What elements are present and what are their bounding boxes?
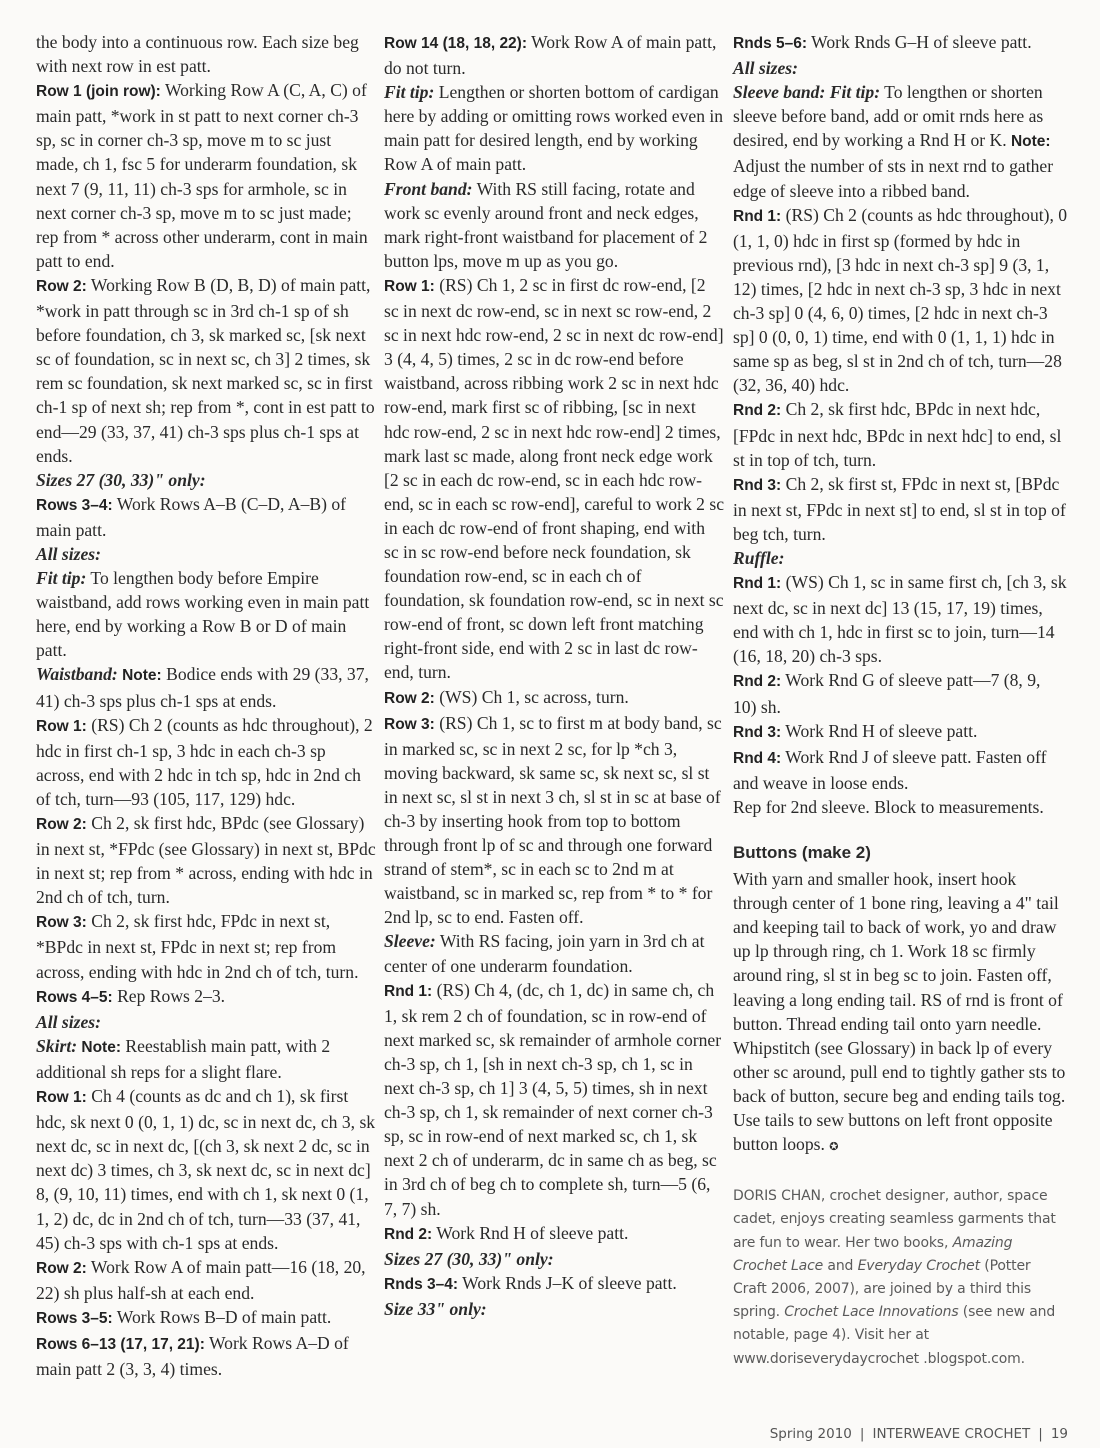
heading-text: All sizes: [36,544,101,564]
section-label: Front band: [384,179,472,199]
author-bio: DORIS CHAN, crochet designer, author, sp… [733,1185,1068,1371]
row-text: Working Row A (C, A, C) of main patt, *w… [36,80,368,271]
page-footer: Spring 2010|INTERWEAVE CROCHET|19 [770,1426,1068,1442]
row-text: (RS) Ch 2 (counts as hdc throughout), 0 … [733,205,1067,396]
row-text: Work Rnd H of sleeve patt. [781,721,977,741]
instruction-paragraph: Row 2: Ch 2, sk first hdc, BPdc (see Glo… [36,811,376,909]
instruction-paragraph: Row 2: (WS) Ch 1, sc across, turn. [384,685,724,711]
row-text: (WS) Ch 1, sc across, turn. [435,687,629,707]
instruction-paragraph: Rnd 1: (RS) Ch 2 (counts as hdc througho… [733,203,1068,398]
instruction-paragraph: Row 2: Work Row A of main patt—16 (18, 2… [36,1255,376,1305]
instruction-paragraph: Rnds 5–6: Work Rnds G–H of sleeve patt. [733,30,1068,56]
section-heading: Sizes 27 (30, 33)" only: [384,1247,724,1271]
row-text: (RS) Ch 2 (counts as hdc throughout), 2 … [36,715,373,809]
row-text: (RS) Ch 4, (dc, ch 1, dc) in same ch, ch… [384,980,721,1219]
magazine-name: INTERWEAVE CROCHET [872,1426,1030,1442]
row-label: Rnd 2: [733,673,781,690]
instruction-paragraph: Row 1 (join row): Working Row A (C, A, C… [36,78,376,273]
section-label: Sleeve: [384,931,436,951]
heading-text: Ruffle: [733,548,784,568]
row-text: To lengthen body before Empire waistband… [36,568,369,660]
row-label: Row 1: [36,1089,87,1106]
instruction-paragraph: Rnd 3: Work Rnd H of sleeve patt. [733,719,1068,745]
instruction-paragraph: Row 3: Ch 2, sk first hdc, FPdc in next … [36,909,376,983]
instruction-paragraph: Rnd 2: Work Rnd H of sleeve patt. [384,1221,724,1247]
row-label: Rnd 3: [733,724,781,741]
sleeve-instructions: Rnds 5–6: Work Rnds G–H of sleeve patt.A… [733,30,1068,819]
section-heading: All sizes: [36,542,376,566]
instruction-paragraph: Waistband: Note: Bodice ends with 29 (33… [36,662,376,712]
row-text: Ch 2, sk first hdc, BPdc in next hdc, [F… [733,399,1061,469]
buttons-instructions: With yarn and smaller hook, insert hook … [733,867,1068,1159]
row-text: Ch 2, sk first hdc, BPdc (see Glossary) … [36,813,376,907]
row-label: Row 2: [384,690,435,707]
book-title: Crochet Lace Innovations [784,1304,958,1320]
row-text: Work Rows B–D of main patt. [113,1307,332,1327]
section-heading: All sizes: [733,56,1068,80]
instruction-paragraph: the body into a continuous row. Each siz… [36,30,376,78]
end-mark-icon: ✪ [829,1141,838,1153]
instruction-paragraph: Rep for 2nd sleeve. Block to measurement… [733,795,1068,819]
instruction-paragraph: Row 2: Working Row B (D, B, D) of main p… [36,273,376,468]
note-label: Note: [1007,133,1051,150]
row-label: Row 1 (join row): [36,83,161,100]
heading-text: All sizes: [733,58,798,78]
instruction-paragraph: Row 1: Ch 4 (counts as dc and ch 1), sk … [36,1084,376,1255]
instruction-paragraph: Rows 6–13 (17, 17, 21): Work Rows A–D of… [36,1331,376,1381]
row-label: Note: [118,667,162,684]
issue-date: Spring 2010 [770,1426,852,1442]
row-text: Rep Rows 2–3. [113,986,225,1006]
section-heading: Size 33" only: [384,1297,724,1321]
instruction-paragraph: Row 1: (RS) Ch 1, 2 sc in first dc row-e… [384,273,724,685]
row-label: Row 14 (18, 18, 22): [384,35,527,52]
instruction-paragraph: Rows 3–4: Work Rows A–B (C–D, A–B) of ma… [36,492,376,542]
row-label: Rows 3–5: [36,1310,113,1327]
row-label: Rnd 1: [384,983,432,1000]
instruction-paragraph: Row 3: (RS) Ch 1, sc to first m at body … [384,711,724,930]
section-heading: Sizes 27 (30, 33)" only: [36,468,376,492]
row-text: Work Rnd H of sleeve patt. [432,1223,628,1243]
instruction-paragraph: Rnd 4: Work Rnd J of sleeve patt. Fasten… [733,745,1068,795]
column-2: Row 14 (18, 18, 22): Work Row A of main … [384,30,724,1321]
instruction-paragraph: Rnd 1: (WS) Ch 1, sc in same first ch, [… [733,570,1068,668]
heading-text: Sizes 27 (30, 33)" only: [384,1249,554,1269]
row-label: Row 3: [36,914,87,931]
instruction-paragraph: Row 14 (18, 18, 22): Work Row A of main … [384,30,724,80]
row-text: Work Rnds J–K of sleeve patt. [458,1273,677,1293]
row-text: (WS) Ch 1, sc in same first ch, [ch 3, s… [733,572,1067,666]
row-text: Ch 4 (counts as dc and ch 1), sk first h… [36,1086,375,1253]
section-label: Fit tip: [384,82,434,102]
row-text: Ch 2, sk first st, FPdc in next st, [BPd… [733,474,1066,544]
row-label: Rnd 1: [733,575,781,592]
row-label: Row 2: [36,816,87,833]
instruction-paragraph: Fit tip: To lengthen body before Empire … [36,566,376,662]
row-label: Rnd 4: [733,750,781,767]
row-label: Rnd 2: [733,402,781,419]
buttons-heading: Buttons (make 2) [733,841,1068,865]
column-3: Rnds 5–6: Work Rnds G–H of sleeve patt.A… [733,30,1068,1385]
row-label: Rnd 1: [733,208,781,225]
section-label: Fit tip: [36,568,86,588]
note-text: Adjust the number of sts in next rnd to … [733,156,1053,200]
instruction-paragraph: Rnd 3: Ch 2, sk first st, FPdc in next s… [733,472,1068,546]
row-label: Rows 4–5: [36,989,113,1006]
row-label: Rnd 2: [384,1226,432,1243]
column-1: the body into a continuous row. Each siz… [36,30,376,1381]
section-heading: Ruffle: [733,546,1068,570]
instruction-paragraph: Fit tip: Lengthen or shorten bottom of c… [384,80,724,176]
row-label: Row 3: [384,716,435,733]
instruction-paragraph: Rows 4–5: Rep Rows 2–3. [36,984,376,1010]
row-label: Note: [77,1039,121,1056]
section-label: Skirt: [36,1036,77,1056]
row-label: Row 2: [36,1260,87,1277]
row-label: Rnds 3–4: [384,1276,458,1293]
section-label: Sleeve band: Fit tip: [733,82,880,102]
instruction-paragraph: Rnd 2: Ch 2, sk first hdc, BPdc in next … [733,397,1068,471]
row-label: Rnd 3: [733,477,781,494]
section-label: Waistband: [36,664,118,684]
row-text: Work Rnd J of sleeve patt. Fasten off an… [733,747,1046,793]
instruction-paragraph: Front band: With RS still facing, rotate… [384,177,724,273]
row-label: Row 1: [384,278,435,295]
row-label: Row 2: [36,278,87,295]
row-text: (RS) Ch 1, sc to first m at body band, s… [384,713,722,928]
heading-text: Size 33" only: [384,1299,487,1319]
page-number: 19 [1051,1426,1068,1442]
row-label: Row 1: [36,718,87,735]
section-heading: All sizes: [36,1010,376,1034]
instruction-paragraph: Rnd 1: (RS) Ch 4, (dc, ch 1, dc) in same… [384,978,724,1221]
row-label: Rows 6–13 (17, 17, 21): [36,1336,205,1353]
row-text: Working Row B (D, B, D) of main patt, *w… [36,275,375,466]
instruction-paragraph: Skirt: Note: Reestablish main patt, with… [36,1034,376,1084]
row-text: (RS) Ch 1, 2 sc in first dc row-end, [2 … [384,275,724,683]
row-text: Lengthen or shorten bottom of cardigan h… [384,82,723,174]
row-text: the body into a continuous row. Each siz… [36,32,359,76]
instruction-paragraph: Rows 3–5: Work Rows B–D of main patt. [36,1305,376,1331]
row-label: Rows 3–4: [36,497,113,514]
instruction-paragraph: Row 1: (RS) Ch 2 (counts as hdc througho… [36,713,376,811]
heading-text: Sizes 27 (30, 33)" only: [36,470,206,490]
book-title: Everyday Crochet [858,1258,980,1274]
instruction-paragraph: Rnds 3–4: Work Rnds J–K of sleeve patt. [384,1271,724,1297]
instruction-paragraph: Rnd 2: Work Rnd G of sleeve patt—7 (8, 9… [733,668,1068,718]
row-text: Work Rnds G–H of sleeve patt. [807,32,1032,52]
instruction-paragraph: Sleeve band: Fit tip: To lengthen or sho… [733,80,1068,202]
row-label: Rnds 5–6: [733,35,807,52]
heading-text: All sizes: [36,1012,101,1032]
row-text: Rep for 2nd sleeve. Block to measurement… [733,797,1044,817]
instruction-paragraph: Sleeve: With RS facing, join yarn in 3rd… [384,929,724,977]
